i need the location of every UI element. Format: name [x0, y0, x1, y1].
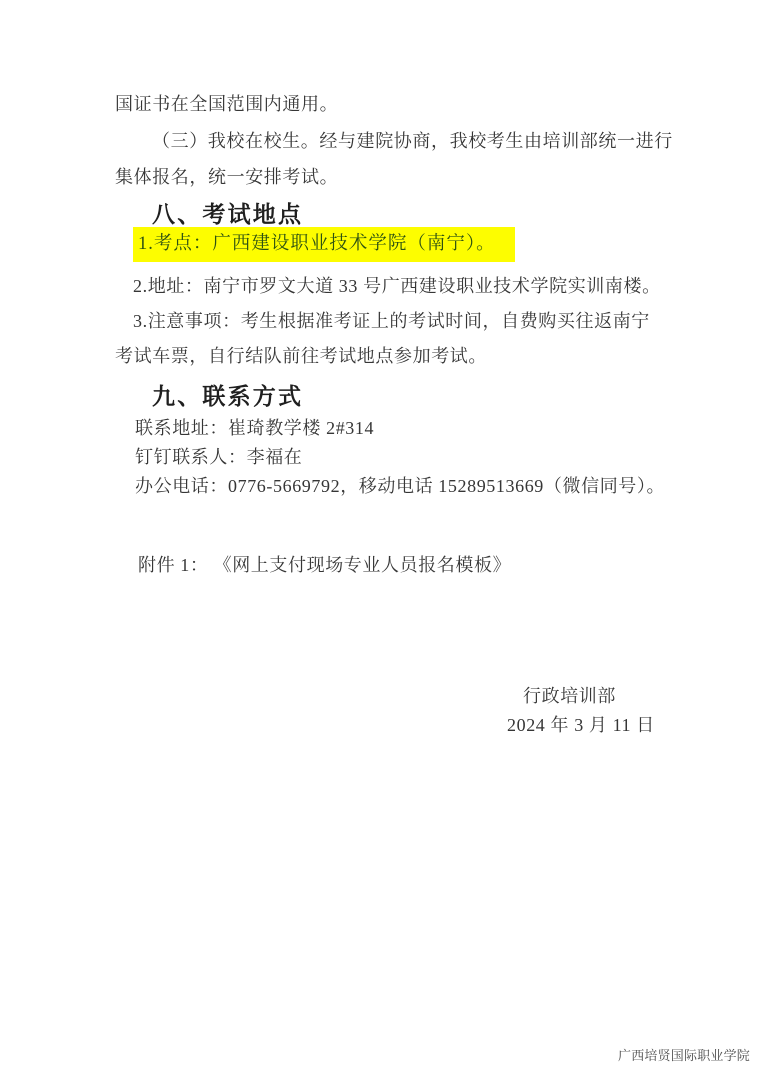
highlighted-exam-site-text: 1.考点：广西建设职业技术学院（南宁）。 — [138, 227, 496, 262]
exam-notes-line1: 3.注意事项：考生根据准考证上的考试时间，自费购买往返南宁 — [133, 312, 650, 330]
document-page: 国证书在全国范围内通用。 （三）我校在校生。经与建院协商，我校考生由培训部统一进… — [0, 0, 764, 1080]
contact-dingtalk-line: 钉钉联系人：李福在 — [135, 448, 302, 466]
section-heading-contact: 九、联系方式 — [152, 385, 303, 408]
paragraph-students-line1: （三）我校在校生。经与建院协商，我校考生由培训部统一进行 — [152, 132, 673, 150]
footer-school-name: 广西培贤国际职业学院 — [618, 1049, 750, 1062]
paragraph-students-line2: 集体报名，统一安排考试。 — [115, 168, 338, 186]
exam-address-line: 2.地址：南宁市罗文大道 33 号广西建设职业技术学院实训南楼。 — [133, 277, 661, 295]
signature-department: 行政培训部 — [523, 687, 616, 705]
attachment-line: 附件 1： 《网上支付现场专业人员报名模板》 — [138, 556, 511, 574]
signature-date: 2024 年 3 月 11 日 — [507, 716, 655, 734]
section-heading-exam-location: 八、考试地点 — [152, 203, 303, 226]
paragraph-cert-scope: 国证书在全国范围内通用。 — [115, 95, 338, 113]
contact-address-line: 联系地址：崔琦教学楼 2#314 — [135, 419, 374, 437]
contact-phone-line: 办公电话：0776-5669792，移动电话 15289513669（微信同号）… — [135, 477, 665, 495]
exam-notes-line2: 考试车票，自行结队前往考试地点参加考试。 — [115, 347, 487, 365]
highlighted-exam-site: 1.考点：广西建设职业技术学院（南宁）。 — [133, 227, 515, 262]
